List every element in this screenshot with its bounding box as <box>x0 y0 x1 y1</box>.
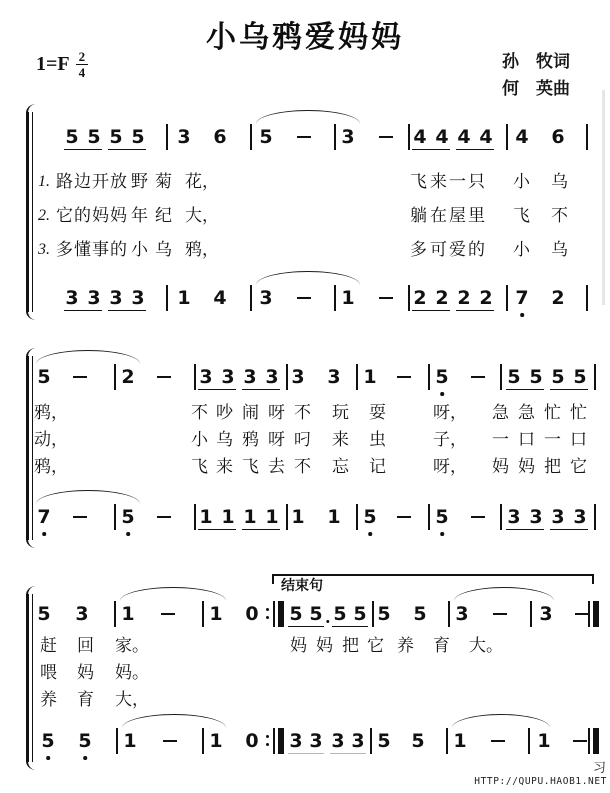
eighth-beam <box>288 626 324 628</box>
lyric-syllable: 忘 <box>332 457 349 477</box>
lyric-syllable: 急 <box>518 403 535 423</box>
note: 1 <box>121 603 134 625</box>
lyric-syllable: 大。 <box>469 636 503 656</box>
lyric-syllable: 开 <box>92 172 109 192</box>
note: 1 <box>291 506 304 528</box>
lyric-syllable: 小 <box>191 430 208 450</box>
eighth-beam <box>198 389 236 391</box>
ending-bracket-tick <box>272 574 274 584</box>
note: 3 <box>131 287 144 309</box>
note: 1 <box>265 506 278 528</box>
note: 4 <box>213 287 226 309</box>
barline <box>408 285 410 311</box>
note: 3 <box>539 603 552 625</box>
lyric-syllable: 耍 <box>369 403 386 423</box>
lyric-syllable: 懂 <box>74 240 91 260</box>
note: 5 <box>573 366 586 388</box>
system1-voice2: 33331431222272 <box>0 287 610 317</box>
lyric-syllable: 一 <box>449 172 466 192</box>
duration-dash <box>161 613 175 615</box>
eighth-beam <box>332 626 368 628</box>
time-denominator: 4 <box>76 65 89 79</box>
lyric-syllable: 它 <box>367 636 384 656</box>
barline <box>114 364 116 390</box>
final-barline-thick <box>593 601 599 627</box>
lyric-syllable: 玩 <box>332 403 349 423</box>
lyric-syllable: 路 <box>56 172 73 192</box>
lyric-syllable: 闹 <box>242 403 259 423</box>
low-octave-dot <box>440 532 444 536</box>
lyric-syllable: 鸦 <box>242 430 259 450</box>
scan-artifact <box>602 90 605 305</box>
barline <box>116 728 118 754</box>
note: 1 <box>327 506 340 528</box>
note: 5 <box>435 506 448 528</box>
tie-slur <box>36 350 140 364</box>
lyric-syllable: 呀， <box>433 403 467 423</box>
system3-voice2: 5511033335511 <box>0 730 610 760</box>
repeat-dot-icon <box>266 735 269 738</box>
lyric-syllable: 里 <box>468 206 485 226</box>
lyric-syllable: 来 <box>332 430 349 450</box>
lyric-syllable: 小 <box>131 240 148 260</box>
credits: 孙 牧词 何 英曲 <box>502 48 570 102</box>
barline <box>594 504 596 530</box>
note: 3 <box>291 366 304 388</box>
note: 5 <box>333 603 346 625</box>
repeat-dot-icon <box>266 608 269 611</box>
lyric-syllable: 鸦， <box>34 457 68 477</box>
duration-dash <box>379 136 393 138</box>
note: 3 <box>507 506 520 528</box>
lyric-syllable: 边 <box>74 172 91 192</box>
eighth-beam <box>412 310 450 312</box>
lyric-syllable: 飞 <box>513 206 530 226</box>
barline <box>408 124 410 150</box>
source-url: HTTP://QUPU.HAOB1.NET <box>474 776 607 787</box>
note: 7 <box>515 287 528 309</box>
note: 5 <box>363 506 376 528</box>
note: 5 <box>78 730 91 752</box>
eighth-beam <box>242 529 280 531</box>
composer-credit: 何 英曲 <box>502 75 570 102</box>
eighth-beam <box>108 149 146 151</box>
lyric-syllable: 不 <box>294 403 311 423</box>
lyric-syllable: 爱 <box>449 240 466 260</box>
lyric-syllable: 躺 <box>410 206 427 226</box>
barline <box>166 124 168 150</box>
note: 3 <box>199 366 212 388</box>
ending-bracket-tick <box>592 574 594 584</box>
lyric-syllable: 子， <box>433 430 467 450</box>
note: 6 <box>551 126 564 148</box>
note: 5 <box>309 603 322 625</box>
barline <box>594 364 596 390</box>
duration-dash <box>491 740 505 742</box>
lyric-syllable: 妈 <box>290 636 307 656</box>
note: 3 <box>109 287 122 309</box>
note: 5 <box>65 126 78 148</box>
lyric-syllable: 来 <box>216 457 233 477</box>
final-barline-thin <box>588 728 590 754</box>
low-octave-dot <box>368 532 372 536</box>
lyric-syllable: 养 <box>397 636 414 656</box>
lyric-syllable: 只 <box>468 172 485 192</box>
barline <box>250 285 252 311</box>
low-octave-dot <box>126 532 130 536</box>
repeat-barline-thick <box>278 728 284 754</box>
lyric-syllable: 妈 <box>316 636 333 656</box>
time-numerator: 2 <box>76 50 89 65</box>
low-octave-dot <box>46 756 50 760</box>
duration-dash <box>573 740 587 742</box>
duration-dash <box>575 613 589 615</box>
note: 3 <box>309 730 322 752</box>
eighth-beam <box>242 389 280 391</box>
note: 3 <box>351 730 364 752</box>
barline <box>356 504 358 530</box>
eighth-beam <box>64 310 102 312</box>
watermark-char: 习 <box>593 757 606 776</box>
barline <box>428 364 430 390</box>
duration-dash <box>471 516 485 518</box>
lyric-syllable: 鸦， <box>185 240 219 260</box>
lyric-syllable: 呀 <box>268 430 285 450</box>
lyric-syllable: 它 <box>570 457 587 477</box>
lyric-syllable: 不 <box>551 206 568 226</box>
lyric-syllable: 不 <box>294 457 311 477</box>
barline <box>286 364 288 390</box>
lyric-syllable: 乌 <box>216 430 233 450</box>
barline <box>586 124 588 150</box>
lyric-syllable: 多 <box>56 240 73 260</box>
repeat-dot-icon <box>266 743 269 746</box>
note: 5 <box>37 603 50 625</box>
lyric-syllable: 忙 <box>544 403 561 423</box>
key-text: 1=F <box>36 53 70 76</box>
lyric-syllable: 在 <box>430 206 447 226</box>
lyric-syllable: 去 <box>268 457 285 477</box>
duration-dash <box>471 376 485 378</box>
bracket-hook-icon <box>26 586 38 595</box>
note: 3 <box>177 126 190 148</box>
lyric-syllable: 育 <box>433 636 450 656</box>
note: 1 <box>123 730 136 752</box>
note: 3 <box>289 730 302 752</box>
ending-label: 结束句 <box>281 577 323 593</box>
lyric-syllable: 飞 <box>242 457 259 477</box>
note: 3 <box>455 603 468 625</box>
lyric-syllable: 飞 <box>191 457 208 477</box>
note: 2 <box>435 287 448 309</box>
barline <box>500 364 502 390</box>
note: 1 <box>209 730 222 752</box>
note: 3 <box>327 366 340 388</box>
duration-dash <box>493 613 507 615</box>
eighth-beam <box>506 529 544 531</box>
duration-dash <box>73 516 87 518</box>
lyric-syllable: 叼 <box>294 430 311 450</box>
barline <box>194 364 196 390</box>
lyric-syllable: 乌 <box>551 172 568 192</box>
lyric-syllable: 妈。 <box>115 663 149 683</box>
barline <box>250 124 252 150</box>
note: 3 <box>87 287 100 309</box>
lyric-syllable: 屋 <box>449 206 466 226</box>
barline <box>114 504 116 530</box>
note: 4 <box>413 126 426 148</box>
barline <box>428 504 430 530</box>
low-octave-dot <box>83 756 87 760</box>
lyric-syllable: 的 <box>468 240 485 260</box>
duration-dash <box>157 376 171 378</box>
low-octave-dot <box>440 392 444 396</box>
note: 1 <box>341 287 354 309</box>
lyric-syllable: 呀 <box>268 403 285 423</box>
note: 7 <box>37 506 50 528</box>
note: 3 <box>551 506 564 528</box>
lyric-syllable: 乌 <box>155 240 172 260</box>
lyric-syllable: 妈 <box>92 206 109 226</box>
note: 3 <box>221 366 234 388</box>
tie-slur <box>120 587 226 601</box>
lyric-syllable: 的 <box>74 206 91 226</box>
lyric-syllable: 把 <box>544 457 561 477</box>
note: 5 <box>289 603 302 625</box>
note: 5 <box>435 366 448 388</box>
system2-voice2: 75111111553333 <box>0 506 610 536</box>
barline <box>356 364 358 390</box>
lyric-syllable: 它 <box>56 206 73 226</box>
lyric-syllable: 年 <box>131 206 148 226</box>
bracket-hook-icon <box>26 761 38 770</box>
duration-dash <box>73 376 87 378</box>
lyricist-credit: 孙 牧词 <box>502 48 570 75</box>
barline <box>370 728 372 754</box>
note: 1 <box>221 506 234 528</box>
ending-bracket <box>272 574 592 576</box>
note: 5 <box>529 366 542 388</box>
lyric-syllable: 飞 <box>410 172 427 192</box>
lyric-syllable: 可 <box>430 240 447 260</box>
lyric-syllable: 不 <box>191 403 208 423</box>
lyric-syllable: 小 <box>513 240 530 260</box>
lyric-syllable: 妈 <box>518 457 535 477</box>
tie-slur <box>256 271 360 285</box>
duration-dash <box>163 740 177 742</box>
note: 2 <box>457 287 470 309</box>
barline <box>506 285 508 311</box>
tie-slur <box>122 714 226 728</box>
barline <box>334 285 336 311</box>
augmentation-dot <box>326 620 329 623</box>
eighth-beam <box>456 149 494 151</box>
note: 0 <box>245 603 258 625</box>
lyric-syllable: 来 <box>430 172 447 192</box>
repeat-dot-icon <box>266 616 269 619</box>
time-signature: 2 4 <box>76 50 89 79</box>
duration-dash <box>397 376 411 378</box>
eighth-beam <box>198 529 236 531</box>
tie-slur <box>36 490 140 504</box>
note: 3 <box>573 506 586 528</box>
note: 6 <box>213 126 226 148</box>
lyric-syllable: 急 <box>492 403 509 423</box>
note: 2 <box>413 287 426 309</box>
note: 2 <box>479 287 492 309</box>
note: 1 <box>537 730 550 752</box>
system1-voice1: 55553653444446 <box>0 126 610 156</box>
note: 5 <box>131 126 144 148</box>
note: 5 <box>413 603 426 625</box>
barline <box>166 285 168 311</box>
lyric-syllable: 赶 <box>40 636 57 656</box>
note: 1 <box>199 506 212 528</box>
final-barline-thick <box>593 728 599 754</box>
low-octave-dot <box>520 313 524 317</box>
note: 3 <box>341 126 354 148</box>
final-barline-thin <box>588 601 590 627</box>
lyric-syllable: 花， <box>185 172 219 192</box>
tie-slur <box>256 110 360 124</box>
duration-dash <box>397 516 411 518</box>
note: 5 <box>109 126 122 148</box>
low-octave-dot <box>42 532 46 536</box>
note: 5 <box>411 730 424 752</box>
barline <box>114 601 116 627</box>
lyric-syllable: 1. <box>38 172 50 192</box>
note: 5 <box>41 730 54 752</box>
eighth-beam <box>64 149 102 151</box>
duration-dash <box>379 297 393 299</box>
note: 5 <box>121 506 134 528</box>
barline <box>506 124 508 150</box>
lyric-syllable: 妈 <box>492 457 509 477</box>
note: 3 <box>75 603 88 625</box>
music-score-sheet: 小乌鸦爱妈妈 1=F 2 4 孙 牧词 何 英曲 555536534444463… <box>0 0 610 793</box>
bracket-hook-icon <box>26 539 38 548</box>
barline <box>202 728 204 754</box>
barline <box>530 601 532 627</box>
lyric-syllable: 一 <box>544 430 561 450</box>
note: 1 <box>243 506 256 528</box>
lyric-syllable: 事 <box>92 240 109 260</box>
barline <box>528 728 530 754</box>
note: 4 <box>479 126 492 148</box>
note: 4 <box>457 126 470 148</box>
lyric-syllable: 妈 <box>77 663 94 683</box>
barline <box>372 601 374 627</box>
note: 3 <box>259 287 272 309</box>
eighth-beam <box>550 389 588 391</box>
eighth-beam <box>330 753 366 755</box>
bracket-hook-icon <box>26 104 38 113</box>
note: 5 <box>37 366 50 388</box>
barline <box>448 601 450 627</box>
lyric-syllable: 虫 <box>369 430 386 450</box>
note: 3 <box>529 506 542 528</box>
eighth-beam <box>108 310 146 312</box>
note: 5 <box>551 366 564 388</box>
note: 3 <box>265 366 278 388</box>
barline <box>286 504 288 530</box>
system3-voice1: 5311055555533 <box>0 603 610 633</box>
barline <box>202 601 204 627</box>
lyric-syllable: 野 <box>131 172 148 192</box>
key-signature: 1=F 2 4 <box>36 50 88 79</box>
barline <box>446 728 448 754</box>
eighth-beam <box>288 753 324 755</box>
lyric-syllable: 妈 <box>110 206 127 226</box>
lyric-syllable: 口 <box>570 430 587 450</box>
note: 1 <box>177 287 190 309</box>
note: 1 <box>453 730 466 752</box>
eighth-beam <box>456 310 494 312</box>
duration-dash <box>297 297 311 299</box>
note: 5 <box>377 730 390 752</box>
lyric-syllable: 乌 <box>551 240 568 260</box>
lyric-syllable: 养 <box>40 690 57 710</box>
note: 5 <box>377 603 390 625</box>
repeat-barline <box>273 601 275 627</box>
lyric-syllable: 3. <box>38 240 50 260</box>
tie-slur <box>452 714 550 728</box>
note: 3 <box>331 730 344 752</box>
lyric-syllable: 大， <box>185 206 219 226</box>
lyric-syllable: 育 <box>77 690 94 710</box>
note: 5 <box>87 126 100 148</box>
lyric-syllable: 大， <box>115 690 149 710</box>
repeat-barline <box>273 728 275 754</box>
note: 5 <box>353 603 366 625</box>
lyric-syllable: 小 <box>513 172 530 192</box>
note: 4 <box>435 126 448 148</box>
lyric-syllable: 记 <box>369 457 386 477</box>
note: 5 <box>259 126 272 148</box>
lyric-syllable: 放 <box>110 172 127 192</box>
lyric-syllable: 一 <box>492 430 509 450</box>
note: 3 <box>65 287 78 309</box>
barline <box>334 124 336 150</box>
lyric-syllable: 家。 <box>115 636 149 656</box>
eighth-beam <box>506 389 544 391</box>
duration-dash <box>297 136 311 138</box>
note: 1 <box>209 603 222 625</box>
tie-slur <box>454 587 554 601</box>
lyric-syllable: 呀， <box>433 457 467 477</box>
lyric-syllable: 多 <box>410 240 427 260</box>
lyric-syllable: 的 <box>110 240 127 260</box>
lyric-syllable: 吵 <box>216 403 233 423</box>
duration-dash <box>157 516 171 518</box>
note: 1 <box>363 366 376 388</box>
bracket-hook-icon <box>26 348 38 357</box>
note: 0 <box>245 730 258 752</box>
lyric-syllable: 动， <box>34 430 68 450</box>
note: 2 <box>121 366 134 388</box>
eighth-beam <box>550 529 588 531</box>
lyric-syllable: 菊 <box>155 172 172 192</box>
barline <box>194 504 196 530</box>
system2-voice1: 52333333155555 <box>0 366 610 396</box>
barline <box>586 285 588 311</box>
lyric-syllable: 纪 <box>155 206 172 226</box>
lyric-syllable: 口 <box>518 430 535 450</box>
lyric-syllable: 喂 <box>40 663 57 683</box>
repeat-barline-thick <box>278 601 284 627</box>
eighth-beam <box>412 149 450 151</box>
lyric-syllable: 鸦， <box>34 403 68 423</box>
